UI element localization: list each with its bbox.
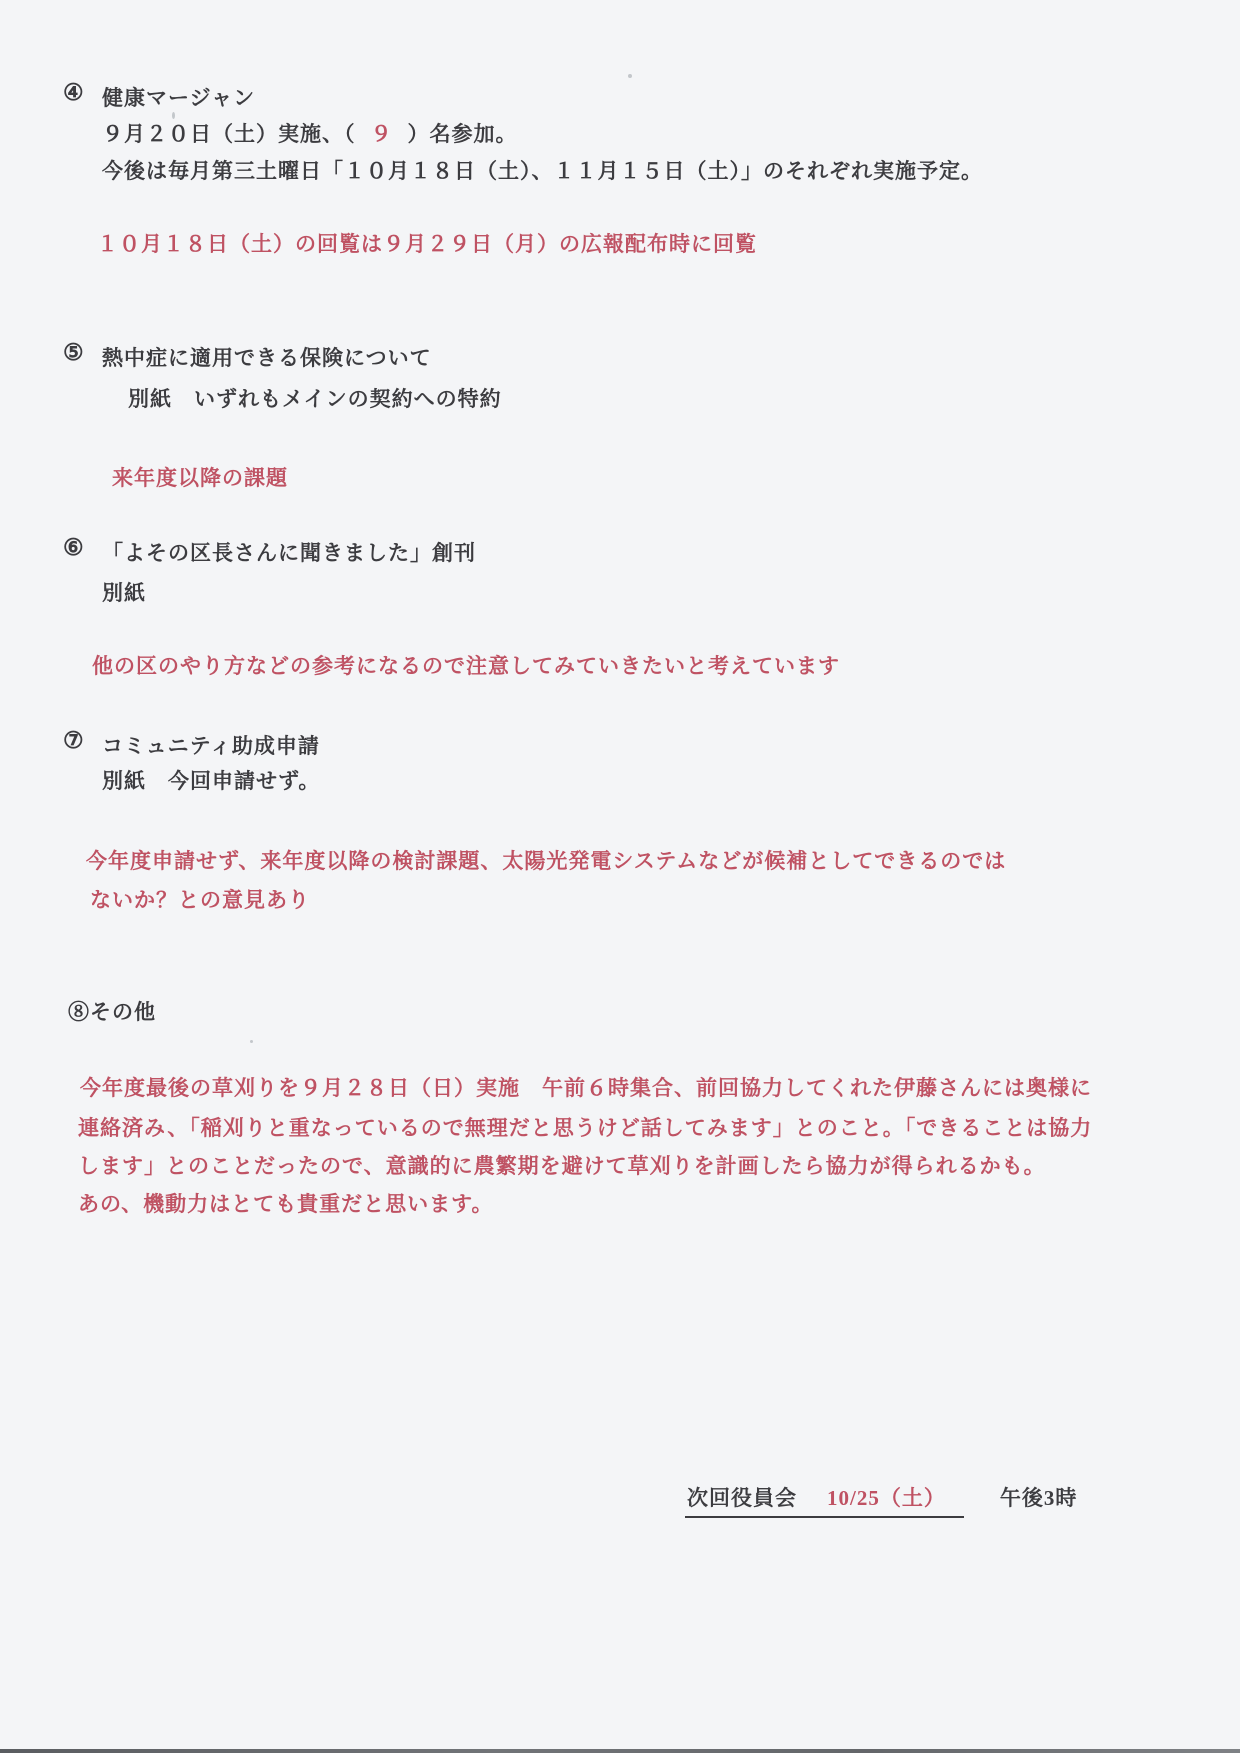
item4-note-red: １０月１８日（土）の回覧は９月２９日（月）の広報配布時に回覧 xyxy=(97,228,757,258)
item7-number: ⑦ xyxy=(63,728,85,754)
item5-attachment-line: 別紙 いずれもメインの契約への特約 xyxy=(128,383,502,413)
item8-heading: ⑧その他 xyxy=(68,996,156,1026)
next-meeting-date: 10/25（土） xyxy=(827,1486,946,1510)
item4-participation-line: ９月２０日（土）実施、（９）名参加。 xyxy=(102,118,518,148)
item5-title: 熱中症に適用できる保険について xyxy=(102,342,432,372)
item7-title: コミュニティ助成申請 xyxy=(102,730,320,760)
scan-speck xyxy=(172,112,175,119)
item5-number: ⑤ xyxy=(63,340,85,366)
item7-note-red-line2: ないか？との意見あり xyxy=(90,884,310,914)
item4-line1-prefix: ９月２０日（土）実施、（ xyxy=(102,122,356,146)
next-meeting-time: 午後3時 xyxy=(1000,1486,1078,1510)
scan-speck xyxy=(628,74,632,78)
item4-title: 健康マージャン xyxy=(102,82,255,112)
item8-note-red-line4: あの、機動力はとても貴重だと思います。 xyxy=(78,1188,493,1218)
item4-line1-suffix: ）名参加。 xyxy=(408,122,518,146)
item6-number: ⑥ xyxy=(63,535,85,561)
scan-edge-artifact xyxy=(0,1749,1240,1753)
next-meeting-underlined-group: 次回役員会10/25（土） xyxy=(685,1482,964,1518)
item8-note-red-line3: します」とのことだったので、意識的に農繁期を避けて草刈りを計画したら協力が得られ… xyxy=(78,1150,1046,1180)
item4-number: ④ xyxy=(63,80,85,106)
item5-note-red: 来年度以降の課題 xyxy=(112,462,288,492)
item8-note-red-line2: 連絡済み、「稲刈りと重なっているので無理だと思うけど話してみます」とのこと。「で… xyxy=(78,1112,1092,1142)
item7-attachment-line: 別紙 今回申請せず。 xyxy=(102,765,320,795)
item6-note-red: 他の区のやり方などの参考になるので注意してみていきたいと考えています xyxy=(92,650,840,680)
next-meeting-footer: 次回役員会10/25（土）午後3時 xyxy=(685,1482,1077,1518)
item7-note-red-line1: 今年度申請せず、来年度以降の検討課題、太陽光発電システムなどが候補としてできるの… xyxy=(86,845,1006,875)
item4-participant-count: ９ xyxy=(356,122,408,146)
item4-schedule-line: 今後は毎月第三土曜日「１０月１８日（土）、１１月１５日（土）」のそれぞれ実施予定… xyxy=(102,155,983,185)
item6-title: 「よその区長さんに聞きました」創刊 xyxy=(102,537,476,567)
scanned-meeting-minutes-page: ④ 健康マージャン ９月２０日（土）実施、（９）名参加。 今後は毎月第三土曜日「… xyxy=(0,0,1240,1753)
item6-attachment-line: 別紙 xyxy=(102,577,146,607)
scan-speck xyxy=(250,1040,253,1043)
item8-note-red-line1: 今年度最後の草刈りを９月２８日（日）実施 午前６時集合、前回協力してくれた伊藤さ… xyxy=(80,1072,1092,1102)
next-meeting-label: 次回役員会 xyxy=(687,1486,797,1510)
